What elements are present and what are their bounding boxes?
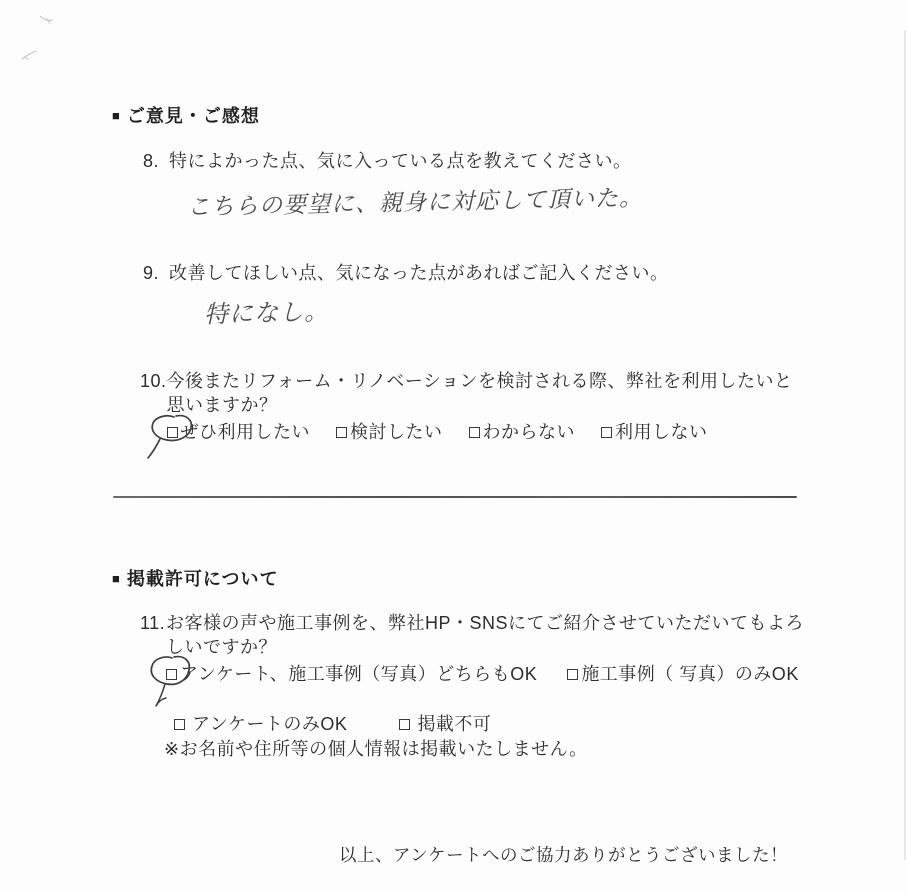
checkbox-icon	[167, 427, 178, 438]
scan-smudge-mark	[20, 48, 38, 62]
option-wakaranai: わからない	[469, 420, 576, 444]
checkbox-icon	[567, 669, 578, 680]
option-survey-only-ok: アンケートのみOK	[174, 712, 347, 736]
option-both-ok: アンケート、施工事例（写真）どちらもOK	[166, 662, 537, 686]
question-number: 11.	[140, 611, 166, 761]
question-number: 9.	[143, 261, 169, 285]
handwritten-answer-q9: 特になし。	[204, 291, 330, 329]
section-title-permission: ■掲載許可について	[112, 565, 279, 591]
question-10: 10. 今後またリフォーム・リノベーションを検討される際、弊社を利用したいと 思…	[140, 369, 792, 444]
privacy-note: ※お名前や住所等の個人情報は掲載いたしません。	[164, 737, 804, 761]
question-text: 改善してほしい点、気になった点があればご記入ください。	[169, 261, 669, 285]
question-11: 11. お客様の声や施工事例を、弊社HP・SNSにてご紹介させていただいてもよろ…	[140, 611, 804, 761]
checkbox-icon	[469, 427, 480, 438]
checkbox-icon	[336, 427, 347, 438]
option-label: アンケート、施工事例（写真）どちらもOK	[180, 662, 537, 686]
option-label: アンケートのみOK	[192, 712, 347, 736]
section-bullet-icon: ■	[112, 108, 121, 123]
option-label: わからない	[483, 420, 576, 444]
option-label: 利用しない	[615, 420, 708, 444]
section-title-text: ご意見・ご感想	[127, 106, 260, 126]
option-kentou-shitai: 検討したい	[336, 420, 443, 444]
q11-options-row1: アンケート、施工事例（写真）どちらもOK 施工事例（ 写真）のみOK	[166, 662, 804, 686]
option-label: 掲載不可	[417, 712, 491, 736]
question-number: 8.	[143, 149, 169, 173]
section-divider-line	[113, 496, 797, 498]
question-9: 9. 改善してほしい点、気になった点があればご記入ください。	[143, 261, 669, 285]
scan-smudge-mark	[38, 13, 54, 27]
q11-options-row2: アンケートのみOK 掲載不可	[174, 712, 804, 736]
option-label: ぜひ利用したい	[181, 420, 311, 444]
option-zehi-riyou-shitai: ぜひ利用したい	[167, 420, 311, 444]
section-bullet-icon: ■	[112, 571, 121, 586]
option-no-publication: 掲載不可	[399, 712, 491, 736]
scanned-survey-page: ■ご意見・ご感想 8. 特によかった点、気に入っている点を教えてください。 こち…	[0, 0, 908, 892]
question-text-line2: 思いますか？	[167, 393, 793, 417]
checkbox-icon	[174, 719, 185, 730]
scan-edge-line	[904, 30, 906, 860]
question-text-line2: しいですか？	[166, 635, 804, 659]
checkbox-icon	[166, 669, 177, 680]
question-text-line1: 今後またリフォーム・リノベーションを検討される際、弊社を利用したいと	[167, 369, 793, 393]
option-photos-only-ok: 施工事例（ 写真）のみOK	[567, 662, 799, 686]
section-title-feedback: ■ご意見・ご感想	[112, 102, 260, 128]
option-riyou-shinai: 利用しない	[601, 420, 708, 444]
question-8: 8. 特によかった点、気に入っている点を教えてください。	[143, 149, 632, 173]
footer-thanks-message: 以上、アンケートへのご協力ありがとうございました！	[339, 842, 788, 867]
question-number: 10.	[140, 369, 167, 444]
option-label: 施工事例（ 写真）のみOK	[581, 662, 799, 686]
handwritten-answer-q8: こちらの要望に、親身に対応して頂いた。	[187, 179, 644, 222]
section-title-text: 掲載許可について	[127, 569, 279, 589]
checkbox-icon	[601, 427, 612, 438]
q10-options-row: ぜひ利用したい 検討したい わからない 利用しない	[167, 420, 793, 444]
question-text-line1: お客様の声や施工事例を、弊社HP・SNSにてご紹介させていただいてもよろ	[166, 611, 804, 635]
question-text: 特によかった点、気に入っている点を教えてください。	[169, 149, 632, 173]
option-label: 検討したい	[350, 420, 443, 444]
checkbox-icon	[399, 719, 410, 730]
